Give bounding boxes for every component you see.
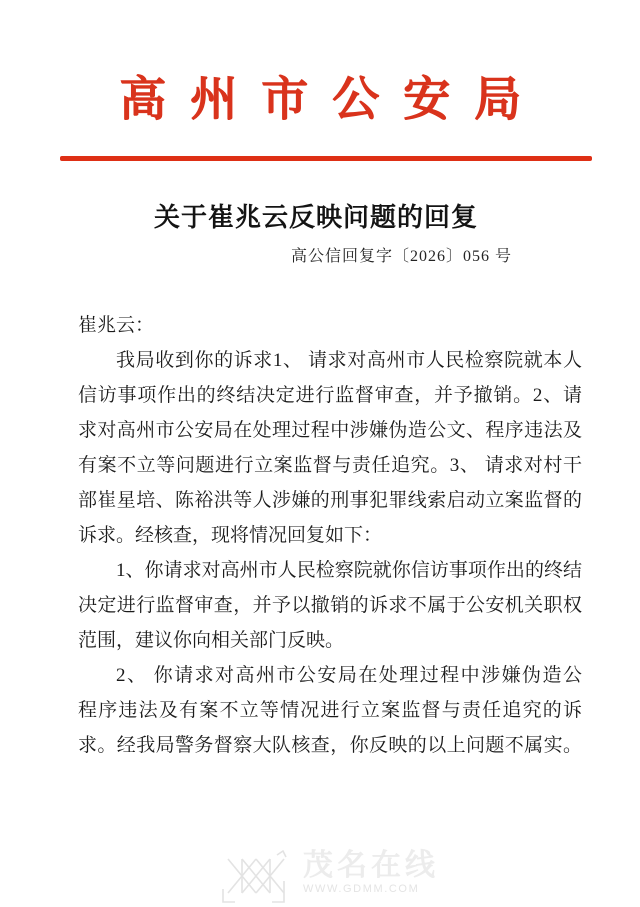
document-title: 关于崔兆云反映问题的回复 <box>0 201 632 235</box>
watermark-site-name: 茂名在线 <box>303 849 439 883</box>
body-line: 范围，建议你向相关部门反映。 <box>78 623 582 658</box>
body-line: 部崔星培、陈裕洪等人涉嫌的刑事犯罪线索启动立案监督的 <box>78 483 582 518</box>
agency-letterhead: 高州市公安局 <box>0 74 640 127</box>
body-line: 我局收到你的诉求1、 请求对高州市人民检察院就本人 <box>78 343 582 378</box>
body-line: 决定进行监督审查，并予以撤销的诉求不属于公安机关职权 <box>78 588 582 623</box>
maoming-online-logo-icon <box>220 849 294 905</box>
body-line: 求对高州市公安局在处理过程中涉嫌伪造公文、程序违法及 <box>78 413 582 448</box>
salutation-line: 崔兆云： <box>78 308 582 343</box>
body-line: 诉求。经核查，现将情况回复如下： <box>78 518 582 553</box>
watermark: 茂名在线 WWW.GDMM.COM <box>220 849 439 905</box>
body-line: 求。经我局警务督察大队核查，你反映的以上问题不属实。 <box>78 728 582 763</box>
body-line: 2、 你请求对高州市公安局在处理过程中涉嫌伪造公文、 <box>78 658 582 693</box>
body-line: 有案不立等问题进行立案监督与责任追究。3、 请求对村干 <box>78 448 582 483</box>
body-line: 信访事项作出的终结决定进行监督审查，并予撤销。2、请 <box>78 378 582 413</box>
scanned-document-page: 高州市公安局 关于崔兆云反映问题的回复 高公信回复字〔2026〕056 号 崔兆… <box>0 0 640 907</box>
document-body: 崔兆云：我局收到你的诉求1、 请求对高州市人民检察院就本人信访事项作出的终结决定… <box>78 308 582 763</box>
body-line: 程序违法及有案不立等情况进行立案监督与责任追究的诉 <box>78 693 582 728</box>
watermark-text: 茂名在线 WWW.GDMM.COM <box>303 849 439 896</box>
letterhead-divider-rule <box>60 156 592 161</box>
document-reference-number: 高公信回复字〔2026〕056 号 <box>291 247 512 267</box>
body-line: 1、你请求对高州市人民检察院就你信访事项作出的终结 <box>78 553 582 588</box>
watermark-site-url: WWW.GDMM.COM <box>303 883 439 896</box>
